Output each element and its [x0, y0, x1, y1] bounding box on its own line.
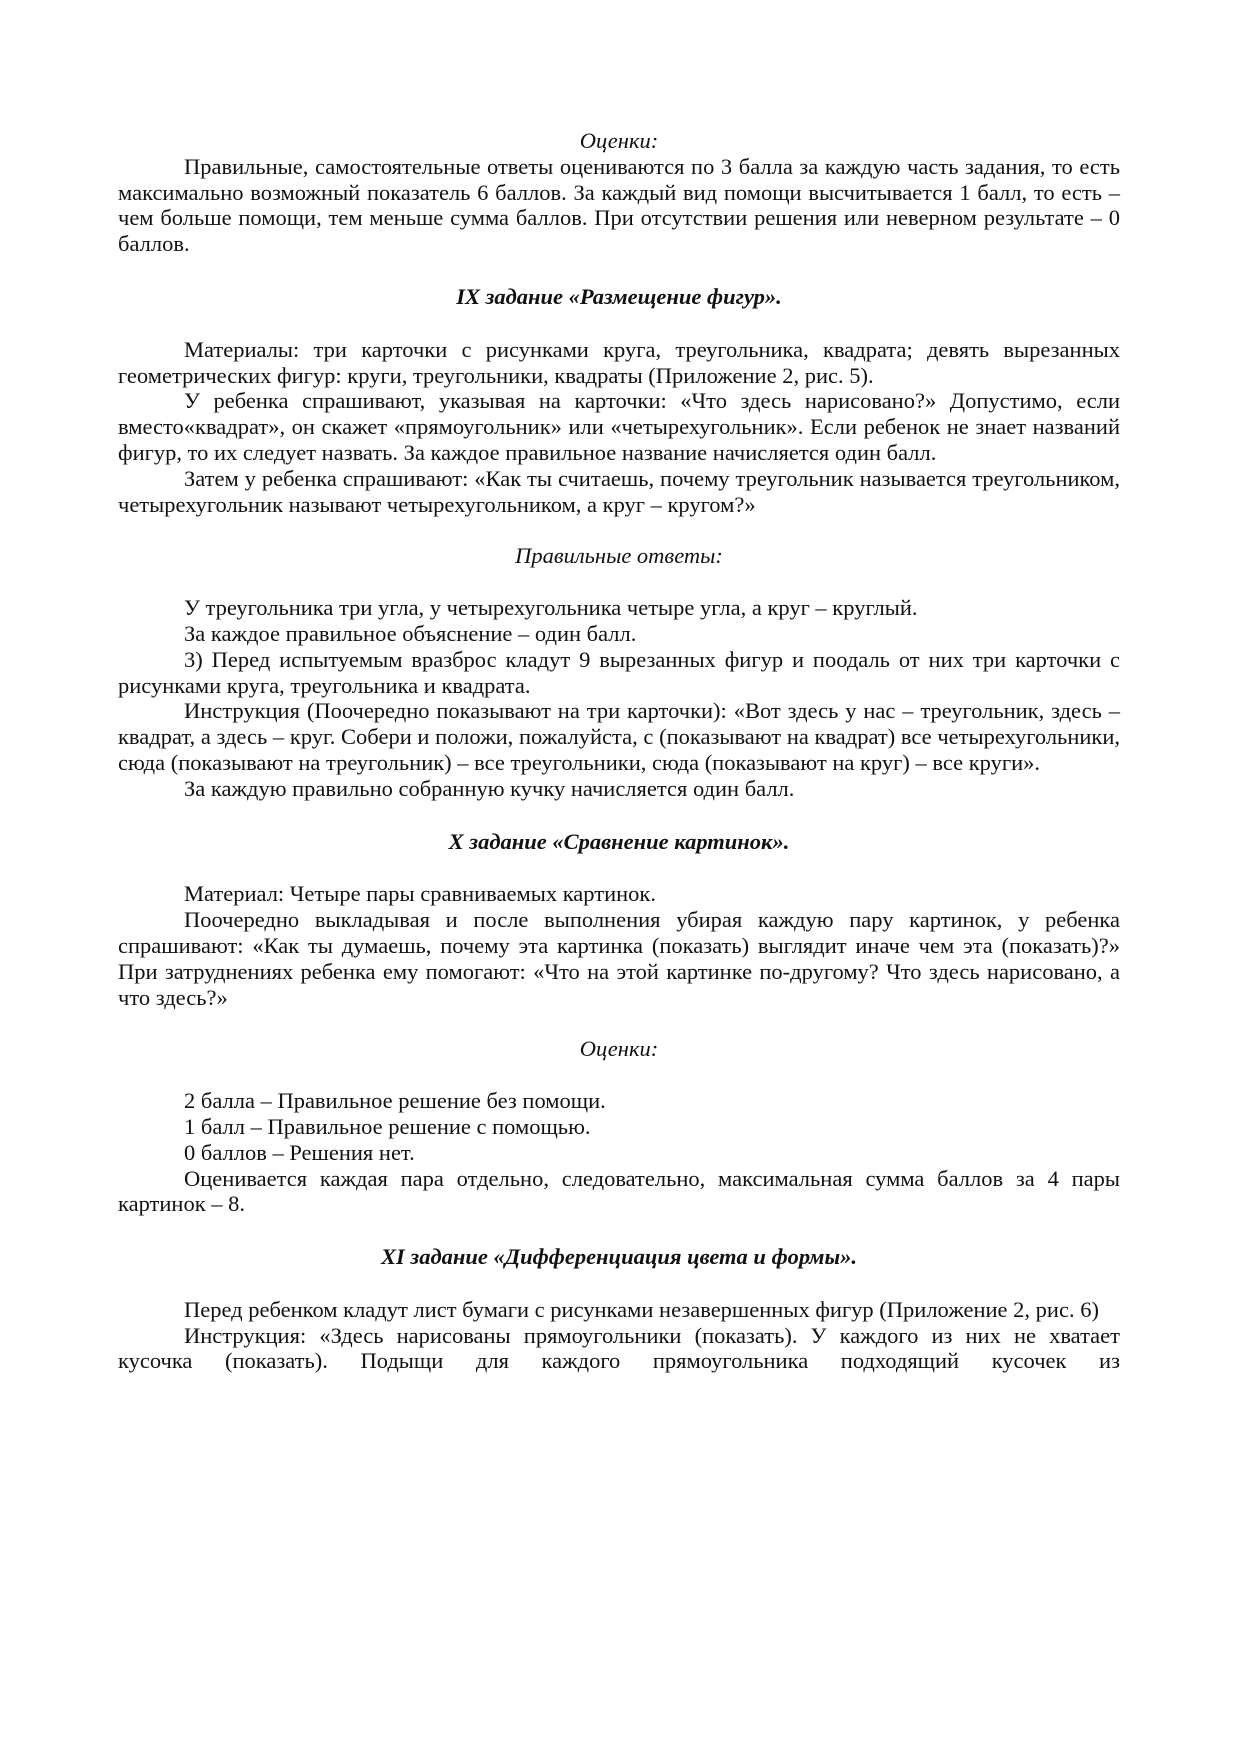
- paragraph-materials-x: Материал: Четыре пары сравниваемых карти…: [118, 881, 1120, 907]
- paragraph-answer: У треугольника три угла, у четырехугольн…: [118, 595, 1120, 621]
- paragraph-materials-ix: Материалы: три карточки с рисунками круг…: [118, 337, 1120, 389]
- subheading-ratings-1: Оценки:: [118, 128, 1120, 154]
- score-item-0: 0 баллов – Решения нет.: [118, 1140, 1120, 1166]
- section-title-x: X задание «Сравнение картинок».: [118, 829, 1120, 855]
- paragraph-instruction-xi: Инструкция: «Здесь нарисованы прямоуголь…: [118, 1323, 1120, 1375]
- section-title-ix: IX задание «Размещение фигур».: [118, 284, 1120, 310]
- score-item-2: 2 балла – Правильное решение без помощи.: [118, 1088, 1120, 1114]
- subheading-ratings-2: Оценки:: [118, 1036, 1120, 1062]
- paragraph-instruction-ix: Инструкция (Поочередно показывают на три…: [118, 698, 1120, 775]
- score-item-1: 1 балл – Правильное решение с помощью.: [118, 1114, 1120, 1140]
- section-title-xi: XI задание «Дифференциация цвета и формы…: [118, 1244, 1120, 1270]
- paragraph-score-ix: За каждую правильно собранную кучку начи…: [118, 776, 1120, 802]
- paragraph-question-ix: У ребенка спрашивают, указывая на карточ…: [118, 388, 1120, 465]
- paragraph-step-3: 3) Перед испытуемым вразброс кладут 9 вы…: [118, 647, 1120, 699]
- subheading-correct-answers: Правильные ответы:: [118, 543, 1120, 569]
- paragraph-setup-xi: Перед ребенком кладут лист бумаги с рису…: [118, 1297, 1120, 1323]
- document-page: Оценки: Правильные, самостоятельные отве…: [118, 128, 1120, 1374]
- paragraph-procedure-x: Поочередно выкладывая и после выполнения…: [118, 907, 1120, 1010]
- paragraph-ratings-1: Правильные, самостоятельные ответы оцени…: [118, 154, 1120, 257]
- paragraph-answer-score: За каждое правильное объяснение – один б…: [118, 621, 1120, 647]
- paragraph-followup-ix: Затем у ребенка спрашивают: «Как ты счит…: [118, 466, 1120, 518]
- paragraph-total-x: Оценивается каждая пара отдельно, следов…: [118, 1166, 1120, 1218]
